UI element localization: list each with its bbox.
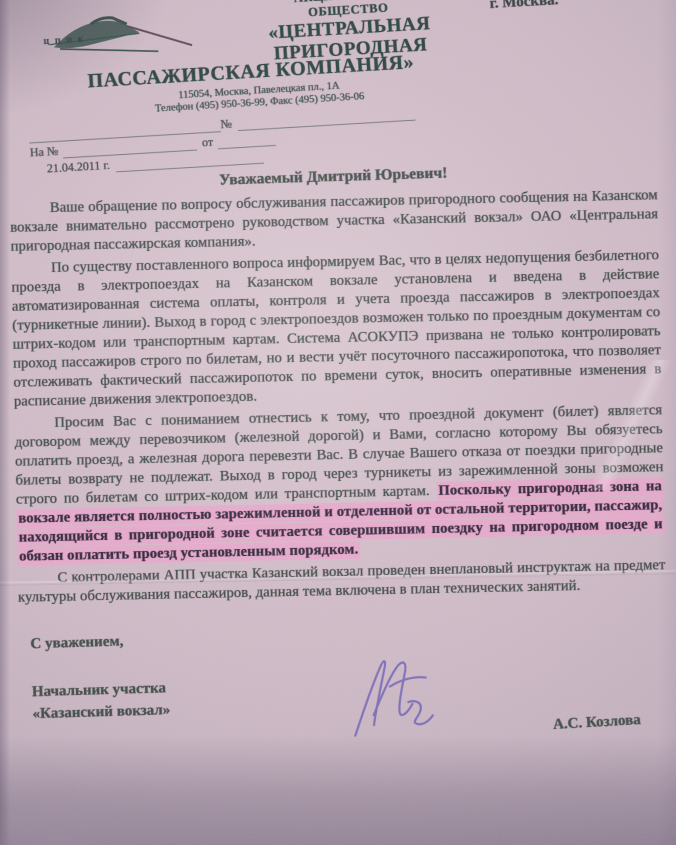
city-label: г. Москва. — [489, 0, 559, 13]
regards-line: С уважением, — [30, 617, 666, 653]
from-label: от — [202, 135, 214, 151]
paragraph-2: По существу поставленного вопроса информ… — [11, 246, 662, 412]
company-train-logo-icon: ЦППК — [38, 9, 199, 70]
letter-content: Уважаемый Дмитрий Юрьевич! Ваше обращени… — [0, 161, 676, 769]
letter-page: ЦППК АКЦИОНЕРНОЕ ОБЩЕСТВО «ЦЕНТРАЛЬНАЯ П… — [0, 0, 676, 845]
handwritten-signature-icon — [341, 651, 454, 749]
paragraph-3: Просим Вас с пониманием отнестись к тому… — [14, 401, 665, 567]
letter-photo: ЦППК АКЦИОНЕРНОЕ ОБЩЕСТВО «ЦЕНТРАЛЬНАЯ П… — [0, 0, 676, 845]
letter-body: Ваше обращение по вопросу обслуживания п… — [10, 186, 666, 607]
number-label: № — [220, 116, 232, 132]
closing-block: С уважением, Начальник участка «Казански… — [18, 617, 670, 771]
signer-name: А.С. Козлова — [553, 712, 642, 734]
signature-row: Начальник участка «Казанский вокзал» А.С… — [20, 662, 670, 771]
incoming-number-label: На № — [29, 144, 58, 161]
paragraph-1: Ваше обращение по вопросу обслуживания п… — [10, 186, 659, 257]
